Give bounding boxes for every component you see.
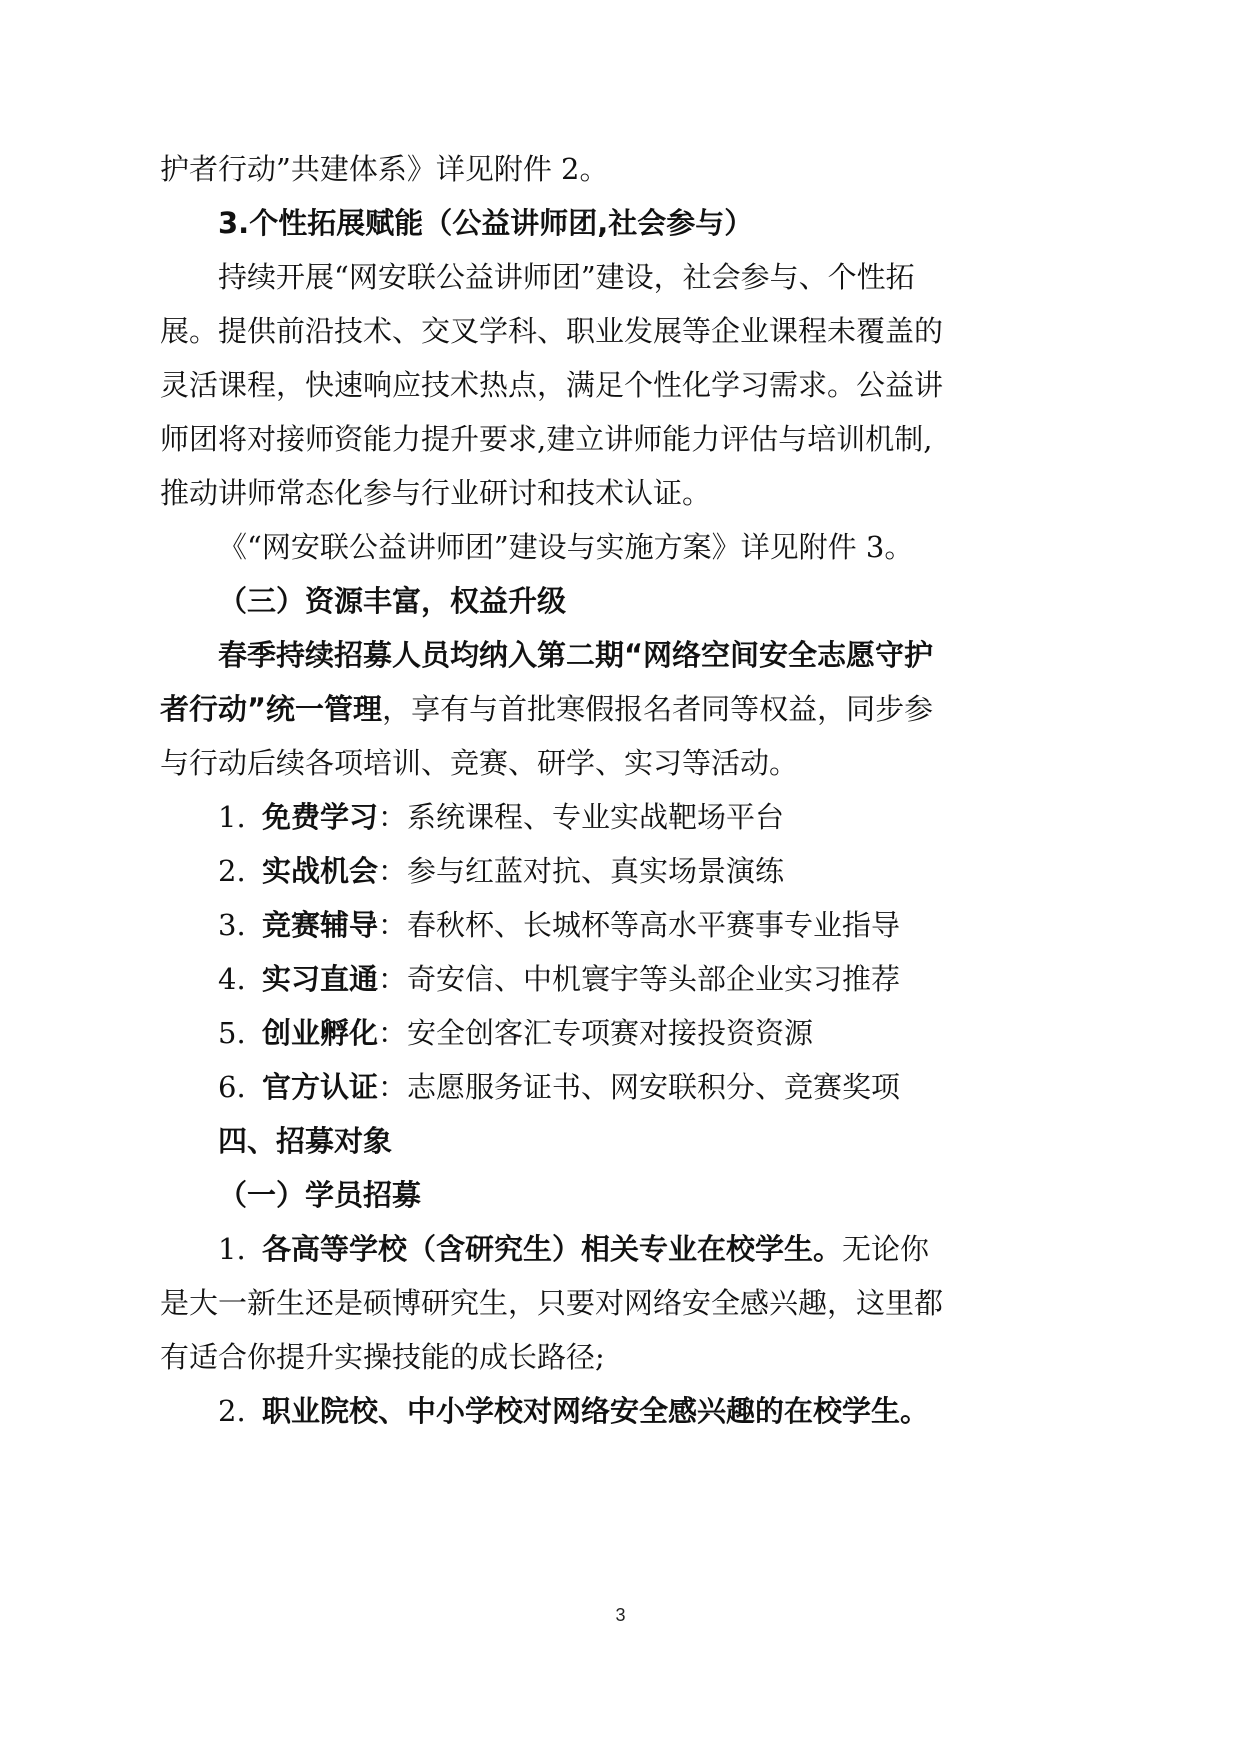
benefit-title: 免费学习 bbox=[262, 800, 378, 834]
list-number: 6. bbox=[218, 1060, 262, 1114]
paragraph-line: 持续开展“网安联公益讲师团”建设，社会参与、个性拓 bbox=[160, 250, 1100, 304]
benefit-item: 2.实战机会：参与红蓝对抗、真实场景演练 bbox=[160, 844, 1100, 898]
recruit-item: 1.各高等学校（含研究生）相关专业在校学生。无论你 bbox=[160, 1222, 1100, 1276]
list-number: 1. bbox=[218, 790, 262, 844]
paragraph-line: 灵活课程，快速响应技术热点，满足个性化学习需求。公益讲 bbox=[160, 358, 1100, 412]
bold-text: 各高等学校（含研究生）相关专业在校学生。 bbox=[262, 1232, 842, 1266]
benefit-item: 5.创业孵化：安全创客汇专项赛对接投资资源 bbox=[160, 1006, 1100, 1060]
text: 无论你 bbox=[842, 1232, 929, 1266]
bold-text: 者行动”统一管理 bbox=[160, 692, 382, 726]
section-heading: （三）资源丰富，权益升级 bbox=[160, 574, 1100, 628]
benefit-item: 6.官方认证：志愿服务证书、网安联积分、竞赛奖项 bbox=[160, 1060, 1100, 1114]
paragraph-line: 者行动”统一管理，享有与首批寒假报名者同等权益，同步参 bbox=[160, 682, 1100, 736]
benefit-desc: ：系统课程、专业实战靶场平台 bbox=[378, 800, 784, 834]
benefit-desc: ：安全创客汇专项赛对接投资资源 bbox=[378, 1016, 813, 1050]
benefit-title: 创业孵化 bbox=[262, 1016, 378, 1050]
benefit-title: 实战机会 bbox=[262, 854, 378, 888]
paragraph-line: 推动讲师常态化参与行业研讨和技术认证。 bbox=[160, 466, 1100, 520]
paragraph-line: 展。提供前沿技术、交叉学科、职业发展等企业课程未覆盖的 bbox=[160, 304, 1100, 358]
benefit-desc: ：春秋杯、长城杯等高水平赛事专业指导 bbox=[378, 908, 900, 942]
paragraph-line: 是大一新生还是硕博研究生，只要对网络安全感兴趣，这里都 bbox=[160, 1276, 1100, 1330]
benefit-desc: ：志愿服务证书、网安联积分、竞赛奖项 bbox=[378, 1070, 900, 1104]
list-number: 2. bbox=[218, 844, 262, 898]
bold-text: 职业院校、中小学校对网络安全感兴趣的在校学生。 bbox=[262, 1394, 929, 1428]
paragraph-line: 与行动后续各项培训、竞赛、研学、实习等活动。 bbox=[160, 736, 1100, 790]
section-heading: 四、招募对象 bbox=[160, 1114, 1100, 1168]
paragraph-line: 有适合你提升实操技能的成长路径; bbox=[160, 1330, 1100, 1384]
paragraph-line-bold: 春季持续招募人员均纳入第二期“网络空间安全志愿守护 bbox=[160, 628, 1100, 682]
benefit-title: 竞赛辅导 bbox=[262, 908, 378, 942]
text: ，享有与首批寒假报名者同等权益，同步参 bbox=[382, 692, 933, 726]
list-number: 5. bbox=[218, 1006, 262, 1060]
list-number: 3. bbox=[218, 898, 262, 952]
paragraph-line: 师团将对接师资能力提升要求,建立讲师能力评估与培训机制, bbox=[160, 412, 1100, 466]
subsection-heading: （一）学员招募 bbox=[160, 1168, 1100, 1222]
document-page: 护者行动”共建体系》详见附件 2。 3.个性拓展赋能（公益讲师团,社会参与） 持… bbox=[160, 142, 1100, 1438]
benefit-desc: ：奇安信、中机寰宇等头部企业实习推荐 bbox=[378, 962, 900, 996]
list-number: 2. bbox=[218, 1384, 262, 1438]
benefit-item: 3.竞赛辅导：春秋杯、长城杯等高水平赛事专业指导 bbox=[160, 898, 1100, 952]
list-number: 4. bbox=[218, 952, 262, 1006]
paragraph-line: 护者行动”共建体系》详见附件 2。 bbox=[160, 142, 1100, 196]
list-number: 1. bbox=[218, 1222, 262, 1276]
attachment-reference: 《“网安联公益讲师团”建设与实施方案》详见附件 3。 bbox=[160, 520, 1100, 574]
page-number: 3 bbox=[0, 1605, 1241, 1626]
benefit-item: 1.免费学习：系统课程、专业实战靶场平台 bbox=[160, 790, 1100, 844]
benefit-title: 官方认证 bbox=[262, 1070, 378, 1104]
benefit-desc: ：参与红蓝对抗、真实场景演练 bbox=[378, 854, 784, 888]
subsection-heading: 3.个性拓展赋能（公益讲师团,社会参与） bbox=[160, 196, 1100, 250]
recruit-item: 2.职业院校、中小学校对网络安全感兴趣的在校学生。 bbox=[160, 1384, 1100, 1438]
benefit-title: 实习直通 bbox=[262, 962, 378, 996]
benefit-item: 4.实习直通：奇安信、中机寰宇等头部企业实习推荐 bbox=[160, 952, 1100, 1006]
